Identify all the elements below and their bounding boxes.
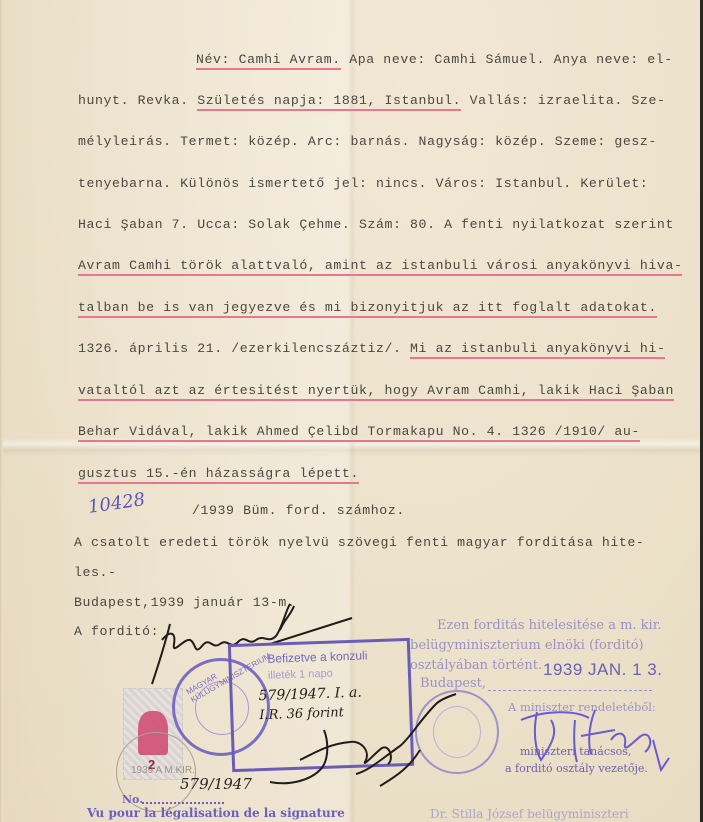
ministry-stamp-place: Budapest, <box>420 676 486 691</box>
body-line-8: 1326. április 21. /ezerkilencszáztiz/. M… <box>78 341 665 356</box>
body-line-3: mélyleirás. Termet: közép. Arc: barnás. … <box>78 134 657 149</box>
citizenship-statement: Avram Camhi török alattvaló, amint az is… <box>78 258 682 276</box>
reference-suffix: /1939 Büm. ford. számhoz. <box>192 503 405 518</box>
stilla-text: Dr. Stilla József belügyminiszteri <box>430 807 629 821</box>
mother-name-text: hunyt. Revka. <box>78 93 197 108</box>
body-line-7: talban be is van jegyezve és mi bizonyit… <box>78 300 657 315</box>
notification-text: vataltól azt az értesitést nyertük, hogy… <box>78 383 674 401</box>
number-label: No. <box>122 793 143 806</box>
registry-office-text: Mi az istanbuli anyakönyvi hi- <box>410 341 665 359</box>
certification-line-1: A csatolt eredeti török nyelvü szövegi f… <box>74 535 644 550</box>
name-field: Név: Camhi Avram. <box>196 52 341 70</box>
ministry-stamp-line-3: osztályában történt. <box>410 658 542 673</box>
consular-label: Befizetve a konzuli <box>267 648 367 665</box>
number-dotted-rule <box>142 802 224 804</box>
registry-confirmation: talban be is van jegyezve és mi bizonyit… <box>78 300 657 318</box>
official-signature <box>515 700 675 780</box>
legalisation-text: Vu pour la légalisation de la signature <box>87 806 345 820</box>
body-line-11: gusztus 15.-én házasságra lépett. <box>78 466 359 481</box>
body-line-9: vataltól azt az értesitést nyertük, hogy… <box>78 383 674 398</box>
consular-sub: illeték 1 napo <box>268 668 333 682</box>
body-line-6: Avram Camhi török alattvaló, amint az is… <box>78 258 682 273</box>
parents-text: Apa neve: Camhi Sámuel. Anya neve: el- <box>341 52 673 67</box>
handwritten-number: 579/1947 <box>180 775 252 793</box>
ministry-date-stamp: 1939 JAN. 1 3. <box>543 660 662 680</box>
body-line-4: tenyebarna. Különös ismertető jel: nincs… <box>78 176 648 191</box>
certification-line-2: les.- <box>74 565 117 580</box>
body-line-10: Behar Vidával, lakik Ahmed Çelibd Tormak… <box>78 424 640 439</box>
registry-date-text: 1326. április 21. /ezerkilencszáztiz/. <box>78 341 410 356</box>
body-line-2: hunyt. Revka. Születés napja: 1881, Ista… <box>78 93 665 108</box>
body-line-1: Név: Camhi Avram. Apa neve: Camhi Sámuel… <box>196 52 673 67</box>
body-line-5: Haci Şaban 7. Ucca: Solak Çehme. Szám: 8… <box>78 217 674 232</box>
religion-text: Vallás: izraelita. Sze- <box>461 93 665 108</box>
ministry-stamp-line-2: belügyminiszterium elnöki (forditó) <box>410 638 644 653</box>
date-rule <box>488 690 652 691</box>
page-left-edge <box>0 0 3 822</box>
birth-date-field: Születés napja: 1881, Istanbul. <box>197 93 461 111</box>
consul-signature <box>260 690 460 800</box>
marriage-date-text: gusztus 15.-én házasságra lépett. <box>78 466 359 484</box>
ministry-stamp-line-1: Ezen forditás hitelesitése a m. kir. <box>437 618 662 633</box>
spouse-text: Behar Vidával, lakik Ahmed Çelibd Tormak… <box>78 424 640 442</box>
